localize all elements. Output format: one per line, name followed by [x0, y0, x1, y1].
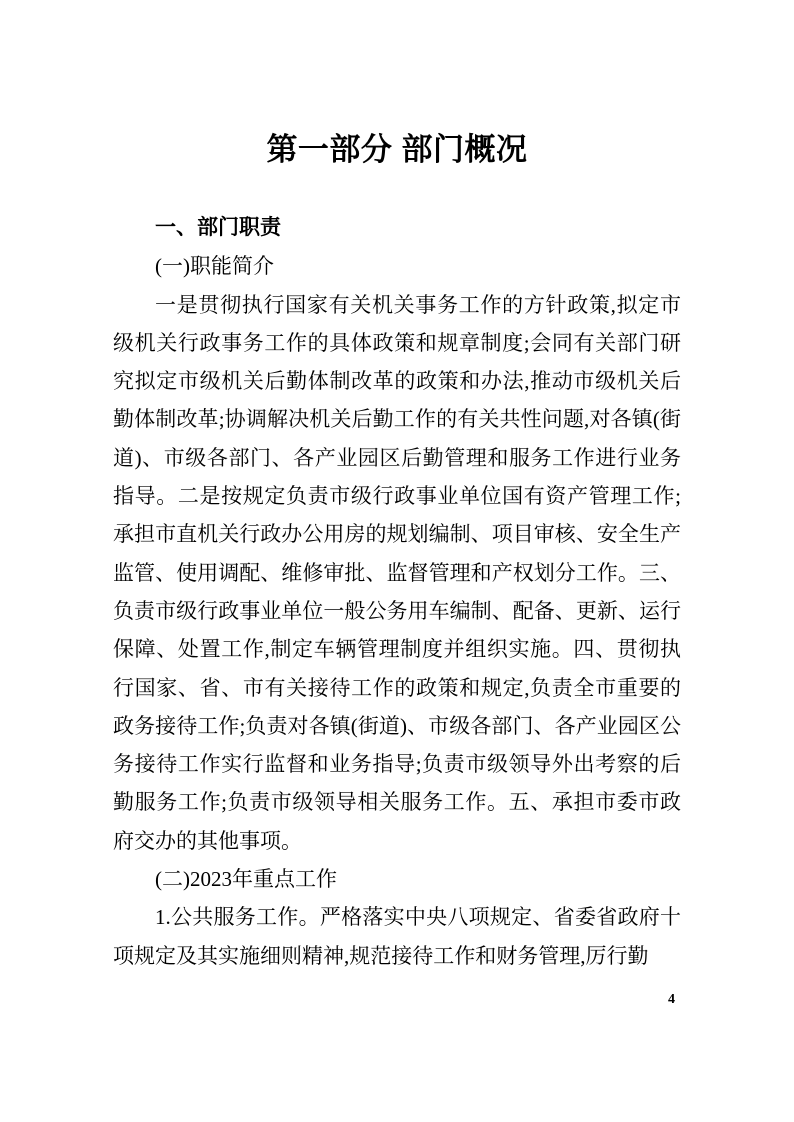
- page-number: 4: [668, 991, 675, 1009]
- document-page: 第一部分 部门概况 一、部门职责 (一)职能简介 一是贯彻执行国家有关机关事务工…: [0, 0, 794, 1122]
- sub-heading-functions-intro: (一)职能简介: [113, 247, 681, 285]
- page-title: 第一部分 部门概况: [0, 129, 794, 171]
- paragraph-functions: 一是贯彻执行国家有关机关事务工作的方针政策,拟定市级机关行政事务工作的具体政策和…: [113, 286, 681, 860]
- document-body: 一、部门职责 (一)职能简介 一是贯彻执行国家有关机关事务工作的方针政策,拟定市…: [113, 209, 681, 975]
- section-heading-duties: 一、部门职责: [113, 209, 681, 247]
- paragraph-public-service: 1.公共服务工作。严格落实中央八项规定、省委省政府十项规定及其实施细则精神,规范…: [113, 898, 681, 975]
- sub-heading-2023-key-work: (二)2023年重点工作: [113, 860, 681, 898]
